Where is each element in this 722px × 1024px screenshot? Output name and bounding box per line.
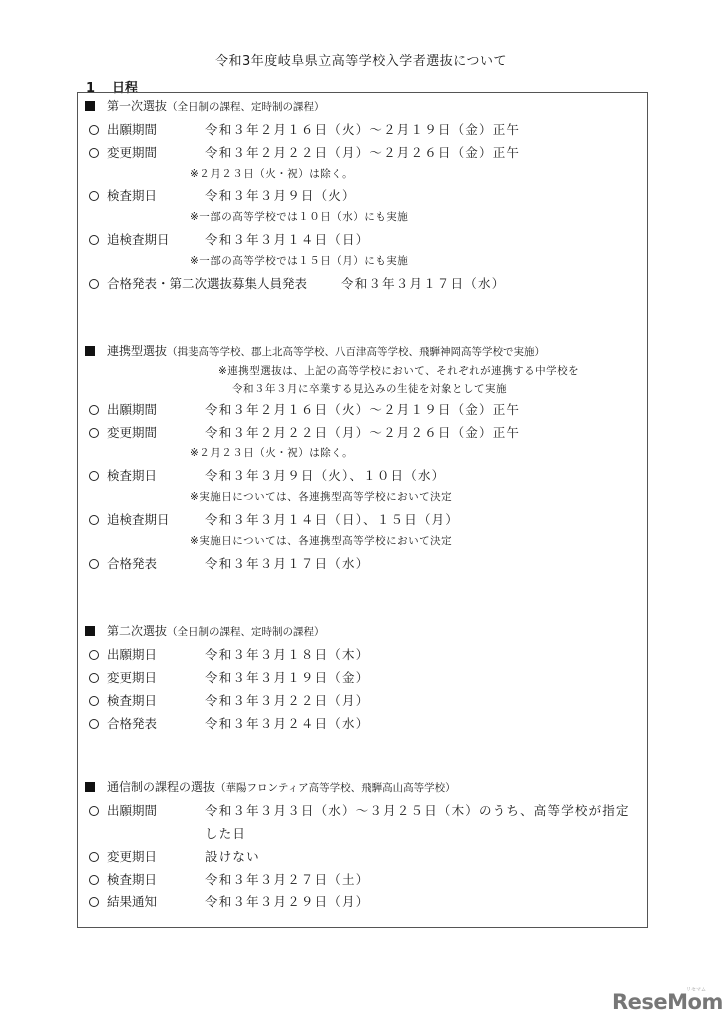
item-value: 令和３年３月３日（水）～３月２５日（木）のうち、高等学校が指定	[205, 801, 630, 819]
circle-bullet-icon	[89, 673, 99, 683]
list-item: 出願期日	[89, 645, 157, 663]
section-correspondence-selection: 通信制の課程の選抜（華陽フロンティア高等学校、飛騨高山高等学校）	[85, 778, 456, 795]
item-value-continued: した日	[205, 824, 246, 842]
list-item: 追検査期日	[89, 510, 170, 528]
item-note: ※一部の高等学校では１０日（水）にも実施	[190, 209, 408, 224]
list-item: 変更期間	[89, 143, 157, 161]
list-item: 検査期日	[89, 466, 157, 484]
item-value: 令和３年３月９日（火）	[205, 186, 356, 204]
circle-bullet-icon	[89, 875, 99, 885]
item-note: ※２月２３日（火・祝）は除く。	[190, 445, 353, 460]
item-value: 令和３年３月２４日（水）	[205, 714, 369, 732]
circle-bullet-icon	[89, 515, 99, 525]
circle-bullet-icon	[89, 125, 99, 135]
list-item: 変更期日	[89, 668, 157, 686]
item-value: 令和３年３月１８日（木）	[205, 645, 369, 663]
list-item: 結果通知	[89, 892, 157, 910]
item-value: 令和３年２月１６日（火）～２月１９日（金）正午	[205, 400, 520, 418]
item-value: 令和３年３月１４日（日）、１５日（月）	[205, 510, 459, 528]
section-first-selection: 第一次選抜（全日制の課程、定時制の課程）	[85, 97, 325, 114]
circle-bullet-icon	[89, 650, 99, 660]
square-bullet-icon	[85, 346, 95, 356]
circle-bullet-icon	[89, 279, 99, 289]
list-item: 検査期日	[89, 691, 157, 709]
item-value: 令和３年２月２２日（月）～２月２６日（金）正午	[205, 423, 520, 441]
square-bullet-icon	[85, 626, 95, 636]
circle-bullet-icon	[89, 148, 99, 158]
list-item: 合格発表	[89, 714, 157, 732]
circle-bullet-icon	[89, 852, 99, 862]
square-bullet-icon	[85, 782, 95, 792]
item-value: 令和３年３月２２日（月）	[205, 691, 369, 709]
circle-bullet-icon	[89, 191, 99, 201]
list-item: 出願期間	[89, 400, 157, 418]
circle-bullet-icon	[89, 719, 99, 729]
document-title: 令和3年度岐阜県立高等学校入学者選抜について	[0, 50, 722, 69]
section-note: ※連携型選抜は、上記の高等学校において、それぞれが連携する中学校を	[218, 363, 579, 378]
item-note: ※実施日については、各連携型高等学校において決定	[190, 533, 452, 548]
item-value: 令和３年３月２７日（土）	[205, 870, 369, 888]
section-note: 令和３年３月に卒業する見込みの生徒を対象として実施	[232, 381, 507, 396]
list-item: 変更期日	[89, 847, 157, 865]
list-item: 変更期間	[89, 423, 157, 441]
list-item: 合格発表・第二次選抜募集人員発表	[89, 274, 307, 292]
item-value: 令和３年３月９日（火）、１０日（水）	[205, 466, 445, 484]
item-value: 令和３年３月１４日（日）	[205, 230, 369, 248]
circle-bullet-icon	[89, 471, 99, 481]
item-value: 令和３年２月１６日（火）～２月１９日（金）正午	[205, 120, 520, 138]
item-value: 令和３年３月２９日（月）	[205, 892, 369, 910]
list-item: 出願期間	[89, 120, 157, 138]
circle-bullet-icon	[89, 806, 99, 816]
resemom-logo: ReseMom	[612, 990, 722, 1014]
item-value: 令和３年２月２２日（月）～２月２６日（金）正午	[205, 143, 520, 161]
circle-bullet-icon	[89, 897, 99, 907]
list-item: 出願期間	[89, 801, 157, 819]
circle-bullet-icon	[89, 559, 99, 569]
list-item: 追検査期日	[89, 230, 170, 248]
item-note: ※実施日については、各連携型高等学校において決定	[190, 489, 452, 504]
list-item: 検査期日	[89, 870, 157, 888]
section-second-selection: 第二次選抜（全日制の課程、定時制の課程）	[85, 622, 325, 639]
section-linked-selection: 連携型選抜（揖斐高等学校、郡上北高等学校、八百津高等学校、飛騨神岡高等学校で実施…	[85, 342, 545, 359]
item-value: 設けない	[205, 847, 260, 865]
item-note: ※一部の高等学校では１５日（月）にも実施	[190, 253, 408, 268]
circle-bullet-icon	[89, 405, 99, 415]
circle-bullet-icon	[89, 235, 99, 245]
item-value: 令和３年３月１７日（水）	[341, 274, 505, 292]
item-note: ※２月２３日（火・祝）は除く。	[190, 166, 353, 181]
list-item: 検査期日	[89, 186, 157, 204]
item-value: 令和３年３月１７日（水）	[205, 554, 369, 572]
circle-bullet-icon	[89, 696, 99, 706]
list-item: 合格発表	[89, 554, 157, 572]
square-bullet-icon	[85, 101, 95, 111]
circle-bullet-icon	[89, 428, 99, 438]
item-value: 令和３年３月１９日（金）	[205, 668, 369, 686]
